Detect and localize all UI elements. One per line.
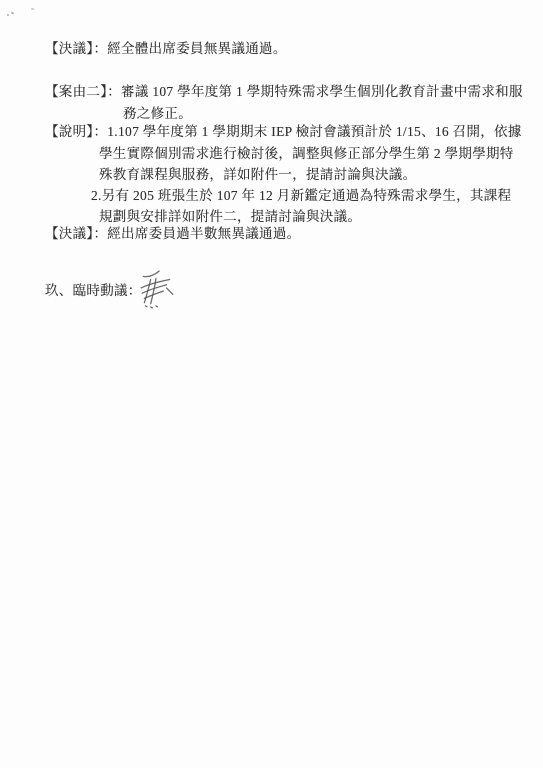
scan-noise-speck bbox=[31, 8, 34, 10]
explanation-line-2: 學生實際個別需求進行檢討後，調整與修正部分學生第 2 學期學期特 bbox=[99, 146, 514, 161]
extempore-motion-heading: 玖、臨時動議： bbox=[45, 283, 142, 298]
case2-subject-continuation: 務之修正。 bbox=[123, 106, 192, 121]
handwritten-none-annotation bbox=[137, 269, 177, 309]
explanation-line-3: 殊教育課程與服務，詳如附件一，提請討論與決議。 bbox=[99, 167, 416, 182]
scan-noise-speck bbox=[7, 14, 9, 16]
explanation-item2-line-1: 2.另有 205 班張生於 107 年 12 月新鑑定通過為特殊需求學生，其課程 bbox=[91, 188, 511, 203]
case2-resolution-line: 【決議】：經出席委員過半數無異議通過。 bbox=[45, 226, 300, 241]
explanation-line-1: 【說明】：1.107 學年度第 1 學期期末 IEP 檢討會議預計於 1/15、… bbox=[45, 124, 522, 139]
scan-noise-speck bbox=[11, 11, 15, 14]
case1-resolution-line: 【決議】：經全體出席委員無異議通過。 bbox=[45, 41, 287, 56]
scanned-document-page: 【決議】：經全體出席委員無異議通過。 【案由二】：審議 107 學年度第 1 學… bbox=[0, 0, 543, 768]
explanation-item2-line-2: 規劃與安排詳如附件二，提請討論與決議。 bbox=[99, 209, 361, 224]
case2-subject-line: 【案由二】：審議 107 學年度第 1 學期特殊需求學生個別化教育計畫中需求和服 bbox=[45, 84, 523, 99]
